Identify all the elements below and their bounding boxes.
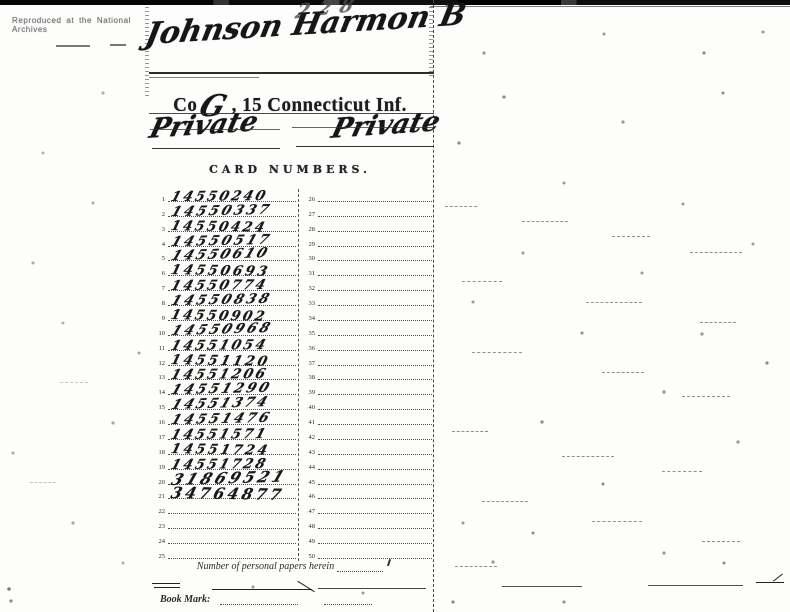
row-number: 36 <box>302 345 315 352</box>
card-number-value <box>316 457 321 473</box>
card-number-value <box>316 427 321 443</box>
row-number: 15 <box>152 404 165 411</box>
card-number-row: 34 <box>299 308 434 323</box>
card-number-value: 14551054 <box>169 337 270 354</box>
row-number: 27 <box>302 211 315 218</box>
scan-noise-dash <box>30 482 56 483</box>
card-number-value <box>316 293 321 309</box>
card-number-value <box>316 516 321 532</box>
row-number: 2 <box>152 211 165 218</box>
scan-noise-dash <box>612 236 650 237</box>
dotted-line <box>318 558 432 559</box>
row-number: 5 <box>152 255 165 262</box>
row-number: 35 <box>302 330 315 337</box>
row-number: 29 <box>302 241 315 248</box>
row-number: 21 <box>152 493 165 500</box>
card-number-row: 44 <box>299 457 434 472</box>
row-number: 48 <box>302 523 315 530</box>
card-number-value <box>316 338 321 354</box>
card-number-row: 42 <box>299 427 434 442</box>
row-number: 1 <box>152 196 165 203</box>
card-number-row: 31 <box>299 263 434 278</box>
name-underline <box>149 72 434 74</box>
dotted-line <box>318 275 432 276</box>
card-number-value <box>316 397 322 413</box>
dotted-line <box>318 246 432 247</box>
card-number-row: 46 <box>299 487 434 502</box>
card-numbers-table: 1145502402145503373145504244145505175145… <box>152 189 434 561</box>
card-number-row: 47 <box>299 501 434 516</box>
card-numbers-right-column: 2627282930313233343536373839404142434445… <box>298 189 434 561</box>
card-number-row: 45 <box>299 472 434 487</box>
card-number-value <box>316 323 322 339</box>
rank-line: Private Private <box>150 110 440 141</box>
dotted-line <box>318 409 432 410</box>
row-number: 10 <box>152 330 165 337</box>
row-number: 11 <box>152 345 165 352</box>
dotted-line <box>318 231 432 232</box>
dotted-line <box>318 424 432 425</box>
card-number-row: 40 <box>299 397 434 412</box>
card-number-row: 25 <box>152 546 298 561</box>
card-number-value <box>316 234 321 250</box>
card-number-row: 29 <box>299 234 434 249</box>
rank-underline <box>296 146 434 147</box>
card-numbers-title: CARD NUMBERS. <box>146 163 434 176</box>
row-number: 50 <box>302 553 315 560</box>
dotted-line <box>168 543 296 544</box>
scan-noise-dash <box>522 221 568 222</box>
record-card: 228 Johnson Harmon B CoG, 15 Connecticut… <box>146 0 434 612</box>
dotted-blank <box>337 564 383 572</box>
row-number: 37 <box>302 360 315 367</box>
scan-noise-dash <box>702 541 740 542</box>
card-number-row: 36 <box>299 338 434 353</box>
card-number-row: 41 <box>299 412 434 427</box>
card-number-row: 30 <box>299 249 434 264</box>
card-number-value <box>316 367 321 383</box>
row-number: 13 <box>152 374 165 381</box>
row-number: 26 <box>302 196 315 203</box>
scan-noise-dash <box>690 252 742 253</box>
row-number: 23 <box>152 523 165 530</box>
dotted-line <box>168 558 296 559</box>
row-number: 31 <box>302 270 315 277</box>
card-number-row: 38 <box>299 368 434 383</box>
scan-noise-dash <box>462 281 502 282</box>
rank-underline <box>152 148 280 149</box>
dotted-line <box>318 469 432 470</box>
scan-noise-dash <box>682 396 730 397</box>
card-number-row: 49 <box>299 531 434 546</box>
rank-out-handwritten: Private <box>329 106 444 145</box>
card-number-row: 1614551476 <box>152 412 298 427</box>
scan-streak <box>212 589 312 590</box>
scan-streak <box>756 582 784 583</box>
scan-streak <box>648 585 743 586</box>
scan-streak <box>502 586 582 587</box>
rank-rule <box>292 127 434 128</box>
row-number: 9 <box>152 315 165 322</box>
dotted-line <box>318 350 432 351</box>
card-number-row: 28 <box>299 219 434 234</box>
card-number-row: 23 <box>152 516 298 531</box>
row-number: 39 <box>302 389 315 396</box>
row-number: 41 <box>302 419 315 426</box>
stamp-dash <box>56 45 90 47</box>
row-number: 6 <box>152 270 165 277</box>
row-number: 22 <box>152 508 165 515</box>
soldier-name-handwritten: Johnson Harmon B <box>142 0 437 52</box>
rank-in-handwritten: Private <box>146 106 261 145</box>
card-number-value <box>316 501 321 517</box>
dotted-line <box>168 513 296 514</box>
row-number: 28 <box>302 226 315 233</box>
dotted-line <box>318 394 432 395</box>
card-number-value <box>316 472 322 488</box>
scan-streak <box>773 573 783 581</box>
row-number: 25 <box>152 553 165 560</box>
row-number: 33 <box>302 300 315 307</box>
card-number-row: 814550838 <box>152 293 298 308</box>
dotted-blank <box>324 597 372 605</box>
personal-papers-label: Number of personal papers herein <box>197 561 334 572</box>
dotted-line <box>318 335 432 336</box>
card-number-row: 1114551054 <box>152 338 298 353</box>
scan-noise-dash <box>562 456 614 457</box>
row-number: 14 <box>152 389 165 396</box>
card-number-row: 1214551120 <box>152 353 298 368</box>
row-number: 19 <box>152 464 165 471</box>
dotted-line <box>318 260 432 261</box>
card-number-row: 314550424 <box>152 219 298 234</box>
row-number: 4 <box>152 241 165 248</box>
dotted-line <box>168 528 296 529</box>
card-number-row: 214550337 <box>152 204 298 219</box>
stamp-dash <box>110 44 126 46</box>
row-number: 44 <box>302 464 315 471</box>
row-number: 16 <box>152 419 165 426</box>
row-number: 43 <box>302 449 315 456</box>
dotted-line <box>318 290 432 291</box>
scan-streak <box>318 588 426 589</box>
dotted-line <box>318 216 432 217</box>
card-number-value <box>169 501 174 517</box>
card-number-row: 33 <box>299 293 434 308</box>
scan-noise-dash <box>482 501 528 502</box>
card-number-row: 114550240 <box>152 189 298 204</box>
card-number-value <box>316 546 322 562</box>
card-number-row: 1714551571 <box>152 427 298 442</box>
rank-rule <box>150 129 280 130</box>
card-number-value <box>316 248 322 264</box>
dotted-line <box>318 365 432 366</box>
card-number-value <box>169 516 174 532</box>
book-mark-label: Book Mark: <box>160 594 210 605</box>
card-number-row: 22 <box>152 501 298 516</box>
row-number: 17 <box>152 434 165 441</box>
card-number-row: 1014550968 <box>152 323 298 338</box>
row-number: 40 <box>302 404 315 411</box>
row-number: 24 <box>152 538 165 545</box>
row-number: 20 <box>152 479 165 486</box>
card-number-row: 614550693 <box>152 263 298 278</box>
card-number-value <box>316 189 321 205</box>
row-number: 18 <box>152 449 165 456</box>
card-number-row: 1814551724 <box>152 442 298 457</box>
row-number: 30 <box>302 255 315 262</box>
archives-stamp: Reproduced at the National Archives <box>12 16 162 34</box>
card-number-row: 27 <box>299 204 434 219</box>
card-number-row: 50 <box>299 546 434 561</box>
scan-noise-dash <box>445 206 477 207</box>
card-number-row: 32 <box>299 278 434 293</box>
row-number: 34 <box>302 315 315 322</box>
row-number: 45 <box>302 479 315 486</box>
row-number: 47 <box>302 508 315 515</box>
dotted-line <box>318 439 432 440</box>
dotted-line <box>318 305 432 306</box>
scan-streak <box>154 587 180 588</box>
card-number-row: 26 <box>299 189 434 204</box>
personal-papers-line: Number of personal papers herein <box>146 561 434 572</box>
scan-noise-dash <box>662 471 702 472</box>
scan-noise-dash <box>472 352 522 353</box>
dotted-line <box>318 454 432 455</box>
card-number-value <box>316 412 321 428</box>
row-number: 7 <box>152 285 165 292</box>
dotted-line <box>318 513 432 514</box>
card-number-value <box>316 382 321 398</box>
dotted-line <box>318 379 432 380</box>
row-number: 38 <box>302 374 315 381</box>
scan-streak <box>152 583 180 584</box>
row-number: 3 <box>152 226 165 233</box>
card-number-value <box>316 204 321 220</box>
card-number-row: 37 <box>299 353 434 368</box>
row-number: 12 <box>152 360 165 367</box>
scan-noise-dash <box>455 566 497 567</box>
dotted-line <box>318 498 432 499</box>
card-number-value: 14550968 <box>169 320 275 339</box>
card-number-value <box>316 278 321 294</box>
card-number-row: 48 <box>299 516 434 531</box>
card-number-row: 24 <box>152 531 298 546</box>
card-number-row: 39 <box>299 382 434 397</box>
scan-top-edge-secondary <box>430 6 790 7</box>
row-number: 32 <box>302 285 315 292</box>
scan-noise-dash <box>60 382 88 383</box>
dotted-line <box>318 320 432 321</box>
dotted-line <box>318 201 432 202</box>
dotted-blank <box>220 597 298 605</box>
card-numbers-left-column: 1145502402145503373145504244145505175145… <box>152 189 298 561</box>
scanned-card-page: Reproduced at the National Archives 228 … <box>0 0 790 612</box>
scan-noise-dash <box>586 302 642 303</box>
card-number-value <box>169 546 175 562</box>
row-number: 49 <box>302 538 315 545</box>
scan-specks <box>0 0 2 2</box>
row-number: 46 <box>302 493 315 500</box>
scan-noise-dash <box>592 521 642 522</box>
card-number-value: 14550337 <box>169 202 274 220</box>
book-mark-line: Book Mark: <box>160 594 372 605</box>
scan-noise-dash <box>700 322 736 323</box>
row-number: 8 <box>152 300 165 307</box>
name-underline-secondary <box>149 77 259 78</box>
card-number-row: 43 <box>299 442 434 457</box>
card-number-row: 35 <box>299 323 434 338</box>
row-number: 42 <box>302 434 315 441</box>
dotted-line <box>318 484 432 485</box>
scan-noise-dash <box>452 431 488 432</box>
dotted-line <box>318 543 432 544</box>
dotted-line <box>318 528 432 529</box>
card-number-row: 2134764877 <box>152 487 298 502</box>
scan-noise-dash <box>602 372 644 373</box>
